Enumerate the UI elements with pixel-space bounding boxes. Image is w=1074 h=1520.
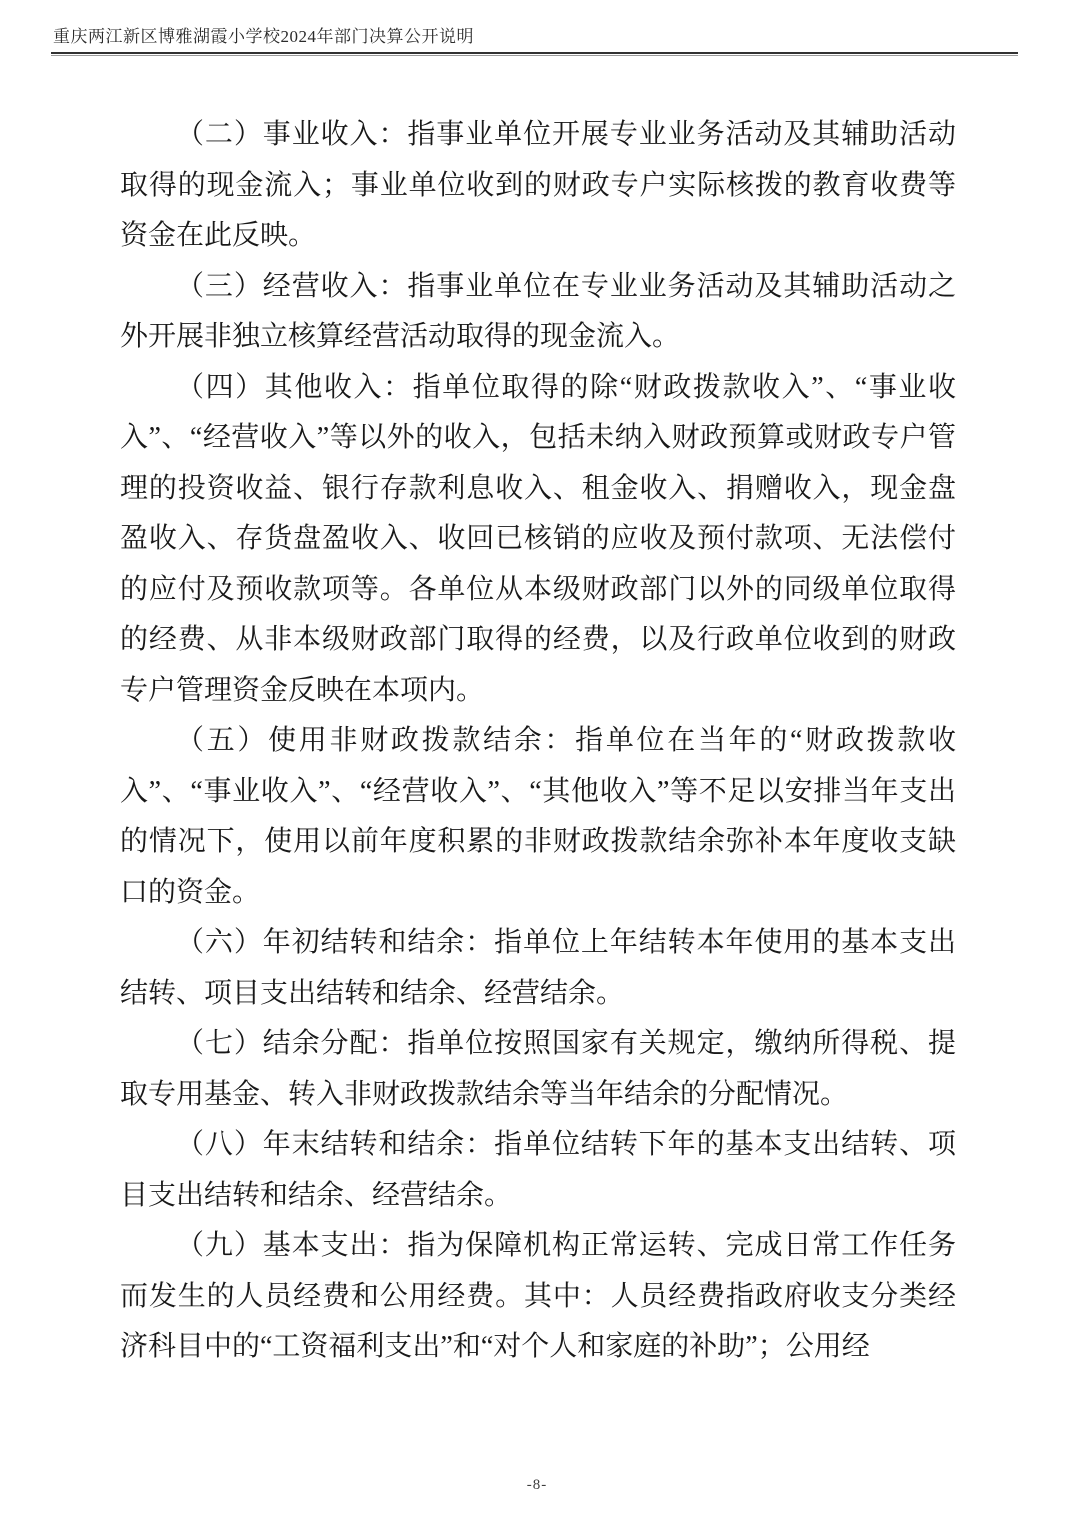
page-footer: -8- [0, 1477, 1074, 1494]
body-paragraph: （九）基本支出：指为保障机构正常运转、完成日常工作任务而发生的人员经费和公用经费… [120, 1221, 956, 1373]
page-number: -8- [527, 1477, 548, 1493]
body-paragraph: （六）年初结转和结余：指单位上年结转本年使用的基本支出结转、项目支出结转和结余、… [120, 918, 956, 1019]
body-paragraph: （八）年末结转和结余：指单位结转下年的基本支出结转、项目支出结转和结余、经营结余… [120, 1120, 956, 1221]
header-title: 重庆两江新区博雅湖霞小学校2024年部门决算公开说明 [53, 26, 474, 48]
document-page: 重庆两江新区博雅湖霞小学校2024年部门决算公开说明 （二）事业收入：指事业单位… [0, 0, 1074, 1520]
body-paragraph: （二）事业收入：指事业单位开展专业业务活动及其辅助活动取得的现金流入；事业单位收… [120, 110, 956, 262]
body-paragraph: （四）其他收入：指单位取得的除“财政拨款收入”、“事业收入”、“经营收入”等以外… [120, 363, 956, 717]
header-rule [51, 52, 1018, 56]
document-body: （二）事业收入：指事业单位开展专业业务活动及其辅助活动取得的现金流入；事业单位收… [120, 110, 956, 1373]
body-paragraph: （七）结余分配：指单位按照国家有关规定，缴纳所得税、提取专用基金、转入非财政拨款… [120, 1019, 956, 1120]
body-paragraph: （三）经营收入：指事业单位在专业业务活动及其辅助活动之外开展非独立核算经营活动取… [120, 262, 956, 363]
body-paragraph: （五）使用非财政拨款结余：指单位在当年的“财政拨款收入”、“事业收入”、“经营收… [120, 716, 956, 918]
